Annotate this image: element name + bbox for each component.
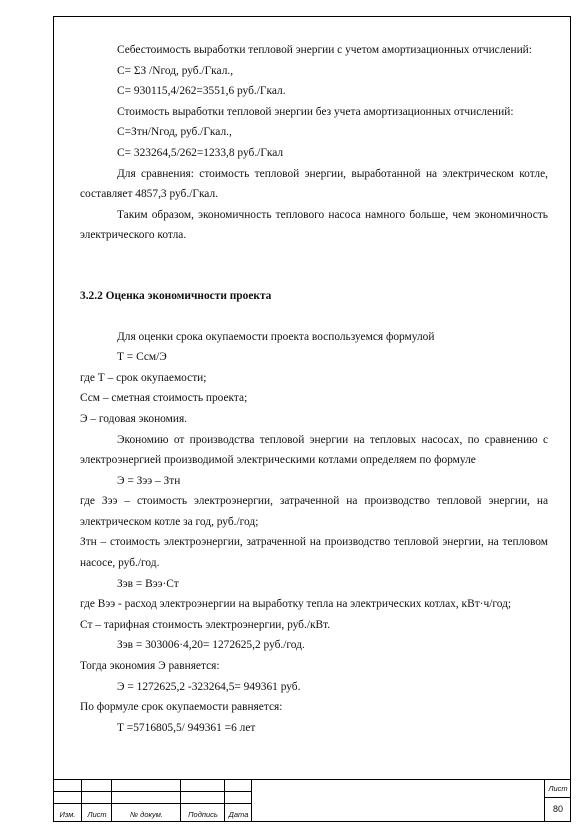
formula-line: С=Зтн/Nгод, руб./Гкал.,	[80, 122, 548, 143]
formula-line: Э = 1272625,2 -323264,5= 949361 руб.	[80, 677, 548, 698]
formula-line: Т =5716805,5/ 949361 =6 лет	[80, 718, 548, 739]
paragraph: Для оценки срока окупаемости проекта вос…	[80, 327, 548, 348]
label-list: Лист	[82, 810, 112, 820]
paragraph: По формуле срок окупаемости равняется:	[80, 697, 548, 718]
paragraph: Ссм – сметная стоимость проекта;	[80, 388, 548, 409]
label-docnum: № докум.	[112, 810, 181, 820]
section-part-2: Для оценки срока окупаемости проекта вос…	[80, 327, 548, 739]
paragraph: Тогда экономия Э равняется:	[80, 656, 548, 677]
formula-line: Зэв = Вээ·Ст	[80, 574, 548, 595]
paragraph: где Т – срок окупаемости;	[80, 368, 548, 389]
paragraph: Для сравнения: стоимость тепловой энерги…	[80, 164, 548, 205]
section-heading: 3.2.2 Оценка экономичности проекта	[80, 286, 548, 307]
title-area	[252, 780, 545, 822]
paragraph: Э – годовая экономия.	[80, 409, 548, 430]
formula-line: Э = Зээ – Зтн	[80, 471, 548, 492]
paragraph: Ст – тарифная стоимость электроэнергии, …	[80, 615, 548, 636]
paragraph: Стоимость выработки тепловой энергии без…	[80, 102, 548, 123]
label-date: Дата	[225, 810, 252, 820]
paragraph: Таким образом, экономичность теплового н…	[80, 205, 548, 246]
formula-line: С= ΣЗ /Nгод, руб./Гкал.,	[80, 61, 548, 82]
formula-line: С= 930115,4/262=3551,6 руб./Гкал.	[80, 81, 548, 102]
section-part-1: Себестоимость выработки тепловой энергии…	[80, 40, 548, 246]
paragraph: Зтн – стоимость электроэнергии, затрачен…	[80, 532, 548, 573]
formula-line: Т = Ссм/Э	[80, 347, 548, 368]
label-sheet: Лист	[545, 784, 571, 794]
title-block: Изм. Лист № докум. Подпись Дата Лист 80	[53, 779, 571, 822]
paragraph: где Вээ - расход электроэнергии на выраб…	[80, 594, 548, 615]
paragraph: Себестоимость выработки тепловой энергии…	[80, 40, 548, 61]
label-signature: Подпись	[181, 810, 225, 820]
document-body: Себестоимость выработки тепловой энергии…	[80, 40, 548, 738]
paragraph: Экономию от производства тепловой энерги…	[80, 430, 548, 471]
formula-line: С= 323264,5/262=1233,8 руб./Гкал	[80, 143, 548, 164]
formula-line: Зэв = 303006·4,20= 1272625,2 руб./год.	[80, 635, 548, 656]
label-izm: Изм.	[53, 810, 82, 820]
paragraph: где Зээ – стоимость электроэнергии, затр…	[80, 491, 548, 532]
sheet-number: 80	[545, 804, 571, 814]
